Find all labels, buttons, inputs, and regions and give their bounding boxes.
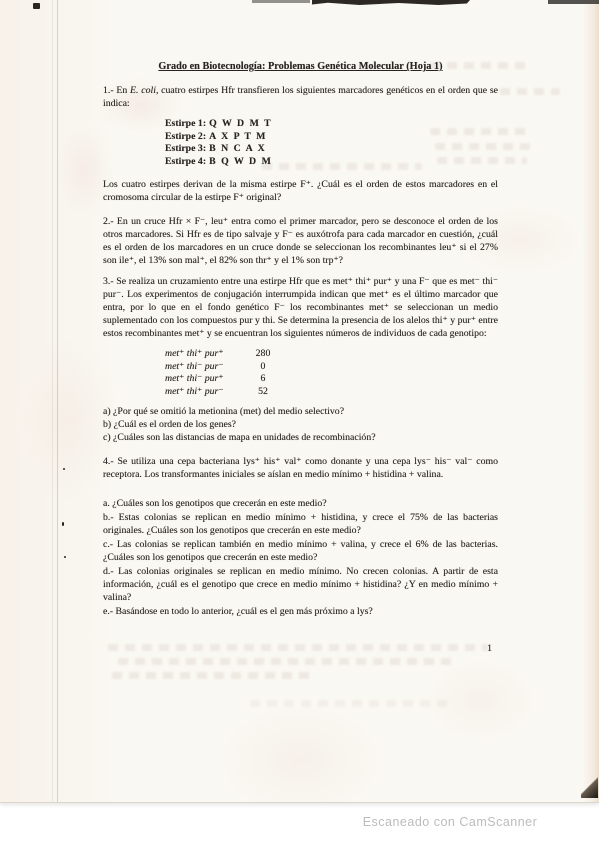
page-edge-shading <box>583 0 599 802</box>
table-row: met⁺ thi⁺ pur⁻52 <box>165 386 498 399</box>
camscanner-watermark: Escaneado con CamScanner <box>330 815 570 829</box>
table-row: met⁺ thi⁻ pur⁻0 <box>165 361 498 374</box>
paper-crease <box>57 0 58 802</box>
bleed-through-artifact <box>500 88 560 95</box>
strain-label: Estirpe 4: <box>165 156 206 167</box>
bleed-through-artifact <box>112 672 312 679</box>
problem-4-questions: a. ¿Cuáles son los genotipos que crecerá… <box>103 497 498 618</box>
question-item: a) ¿Por qué se omitió la metionina (met)… <box>103 405 498 418</box>
problem-4-text: 4.- Se utiliza una cepa bacteriana lys⁺ … <box>103 455 498 481</box>
question-item: d.- Las colonias originales se replican … <box>103 565 498 604</box>
bleed-through-artifact <box>118 658 458 665</box>
count-cell: 280 <box>245 348 281 361</box>
list-item: Estirpe 4:B Q W D M <box>165 156 498 169</box>
ink-speck <box>62 522 64 526</box>
question-item: c) ¿Cuáles son las distancias de mapa en… <box>103 431 498 444</box>
count-cell: 6 <box>245 373 281 386</box>
problem-3-text: 3.- Se realiza un cruzamiento entre una … <box>103 275 498 340</box>
scan-edge-artifact <box>312 0 470 5</box>
ink-speck <box>64 556 66 558</box>
genotype-cell: met⁺ thi⁺ pur⁺ <box>165 348 245 361</box>
question-item: c.- Las colonias se replican también en … <box>103 538 498 564</box>
strain-markers: B Q W D M <box>209 156 272 167</box>
problem-1-followup: Los cuatro estirpes derivan de la misma … <box>103 178 498 204</box>
strain-label: Estirpe 3: <box>165 143 206 154</box>
question-item: a. ¿Cuáles son los genotipos que crecerá… <box>103 497 498 510</box>
problem-1-intro: 1.- En E. coli, cuatro estirpes Hfr tran… <box>103 84 498 110</box>
list-item: Estirpe 2:A X P T M <box>165 131 498 144</box>
document-content: Grado en Biotecnología: Problemas Genéti… <box>103 60 498 655</box>
count-cell: 0 <box>245 361 281 374</box>
problem-1-intro-pre: 1.- En <box>103 85 130 96</box>
count-cell: 52 <box>245 386 281 399</box>
question-item: e.- Basándose en todo lo anterior, ¿cuál… <box>103 605 498 618</box>
scanned-page: Grado en Biotecnología: Problemas Genéti… <box>0 0 599 803</box>
ink-speck <box>33 3 40 9</box>
genotype-table: met⁺ thi⁺ pur⁺280 met⁺ thi⁻ pur⁻0 met⁺ t… <box>165 348 498 398</box>
page-number: 1 <box>103 642 498 655</box>
ink-speck <box>63 468 65 470</box>
paper-crease <box>52 0 53 802</box>
strain-label: Estirpe 2: <box>165 131 206 142</box>
list-item: Estirpe 3:B N C A X <box>165 143 498 156</box>
question-item: b.- Estas colonias se replican en medio … <box>103 511 498 537</box>
problem-3-questions: a) ¿Por qué se omitió la metionina (met)… <box>103 405 498 444</box>
strain-markers: Q W D M T <box>209 118 272 129</box>
scan-edge-artifact <box>252 0 310 3</box>
list-item: Estirpe 1:Q W D M T <box>165 118 498 131</box>
genotype-cell: met⁺ thi⁺ pur⁻ <box>165 386 245 399</box>
problem-2-text: 2.- En un cruce Hfr × F⁻, leu⁺ entra com… <box>103 215 498 267</box>
bleed-through-artifact <box>250 700 450 707</box>
strain-markers: A X P T M <box>209 131 267 142</box>
strain-label: Estirpe 1: <box>165 118 206 129</box>
genotype-cell: met⁺ thi⁻ pur⁻ <box>165 361 245 374</box>
genotype-cell: met⁺ thi⁻ pur⁺ <box>165 373 245 386</box>
species-name: E. coli <box>130 85 156 96</box>
problem-1-intro-post: , cuatro estirpes Hfr transfieren los si… <box>103 85 498 109</box>
page-title: Grado en Biotecnología: Problemas Genéti… <box>103 60 498 73</box>
strain-list: Estirpe 1:Q W D M T Estirpe 2:A X P T M … <box>165 118 498 178</box>
scanned-document-canvas: Grado en Biotecnología: Problemas Genéti… <box>0 0 599 848</box>
strain-markers: B N C A X <box>209 143 266 154</box>
page-corner-curl <box>581 770 598 798</box>
table-row: met⁺ thi⁺ pur⁺280 <box>165 348 498 361</box>
question-item: b) ¿Cuál es el orden de los genes? <box>103 418 498 431</box>
scan-edge-artifact <box>548 0 599 4</box>
table-row: met⁺ thi⁻ pur⁺6 <box>165 373 498 386</box>
